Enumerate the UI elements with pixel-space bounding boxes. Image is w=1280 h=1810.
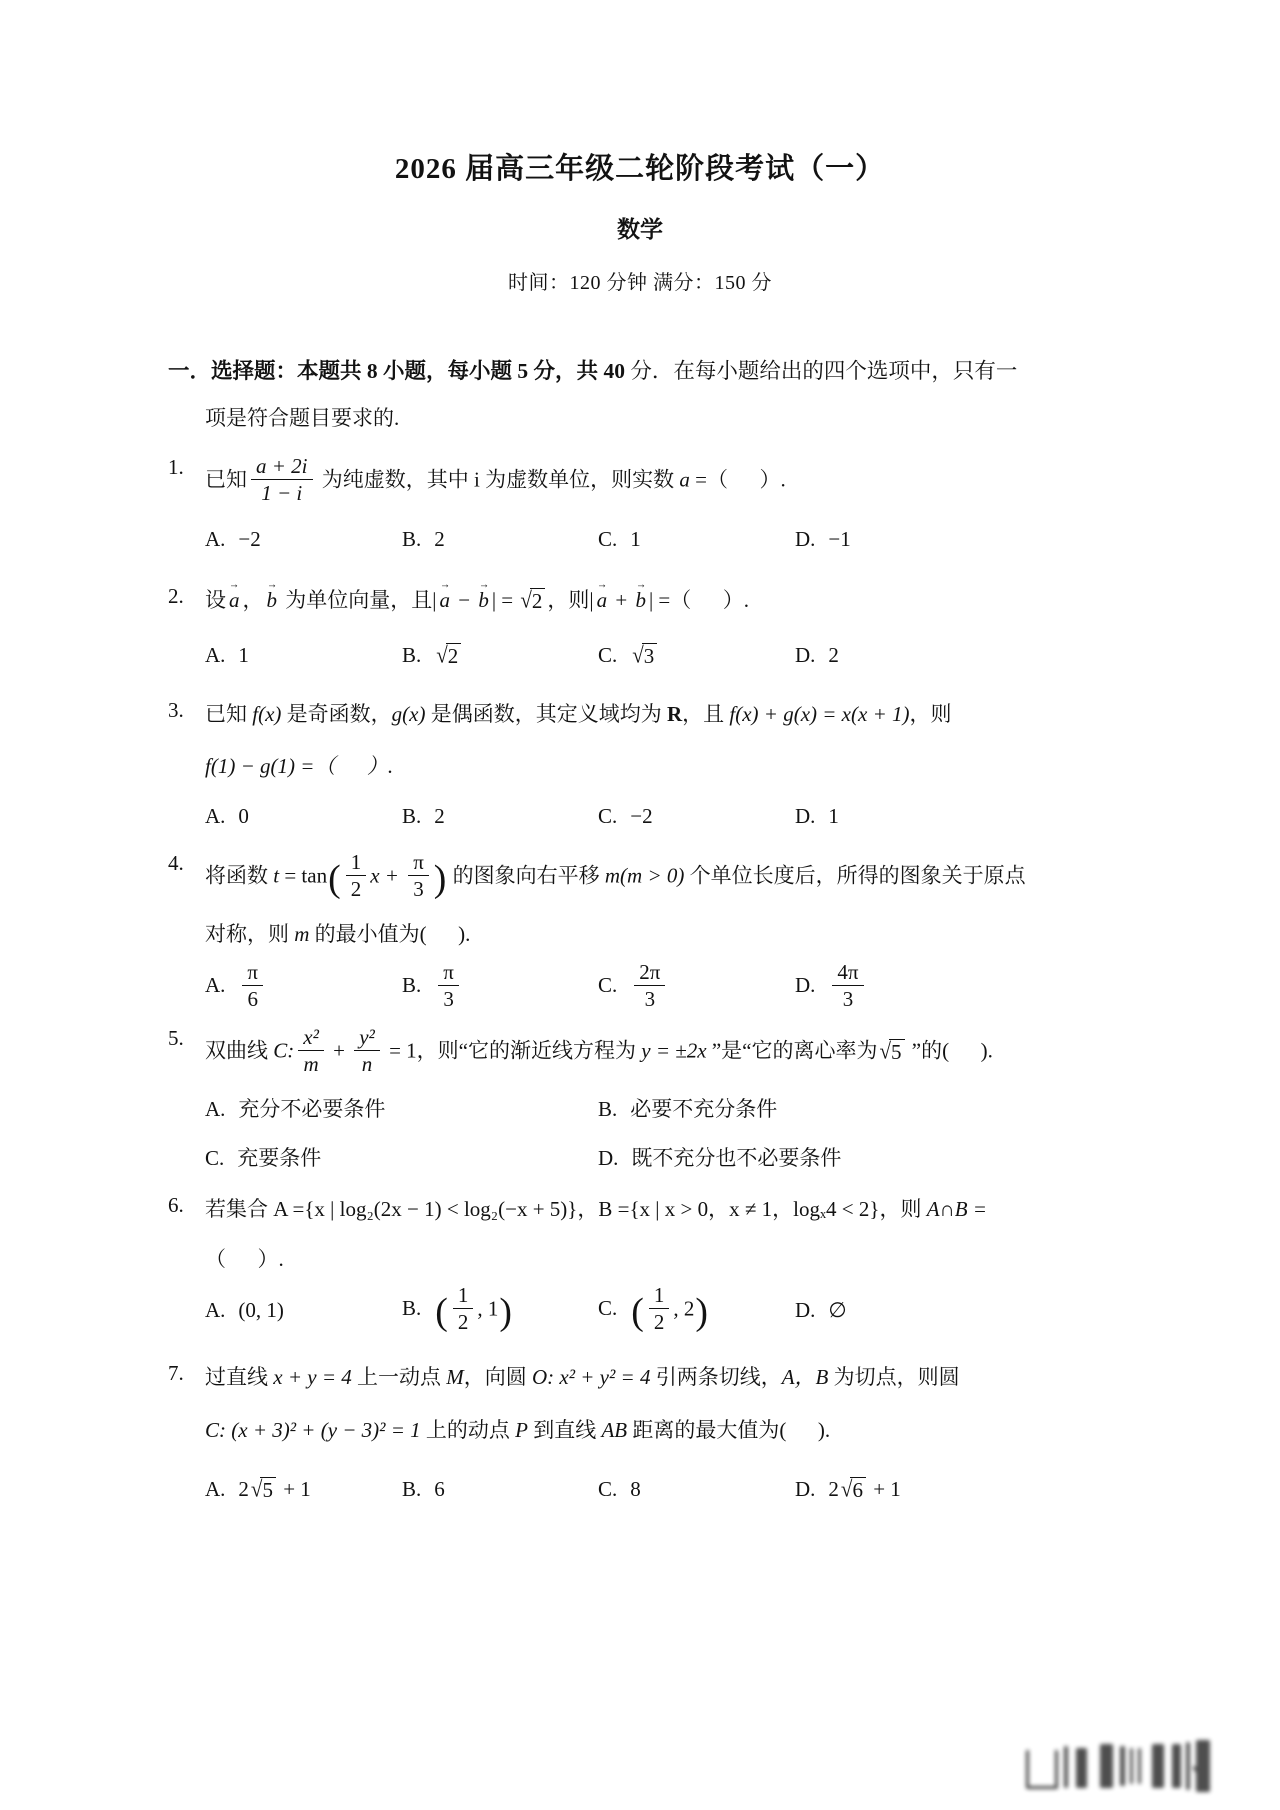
math-expr: m(m > 0) [605, 863, 685, 887]
option-value: 2 [238, 1477, 249, 1501]
option-a: A.−2 [205, 524, 402, 556]
fraction-numerator: x² [298, 1024, 324, 1051]
big-paren-close: ) [695, 1291, 708, 1333]
smudge-bar [1172, 1744, 1181, 1788]
option-a: A.2√5 + 1 [205, 1474, 402, 1506]
option-value: 1 [238, 643, 249, 667]
option-label: A. [205, 1097, 225, 1121]
option-value: 0 [238, 804, 249, 828]
option-label: D. [795, 643, 815, 667]
text: 已知 [205, 702, 252, 726]
math-expr: O: x² + y² = 4 [532, 1365, 650, 1389]
option-b: B.2 [402, 524, 598, 556]
question-7-options: A.2√5 + 1 B.6 C.8 D.2√6 + 1 [205, 1474, 1180, 1506]
heading-text-line2: 项是符合题目要求的. [205, 402, 1180, 435]
text: 将函数 [205, 863, 273, 887]
sqrt: √2 [436, 643, 461, 669]
text: = 1，则“它的渐近线方程为 [384, 1039, 641, 1063]
option-label: D. [795, 1477, 815, 1501]
fraction-denominator: 6 [242, 986, 263, 1012]
sqrt: √3 [632, 643, 657, 669]
smudge-bar [1100, 1744, 1113, 1788]
fraction-denominator: 3 [438, 986, 459, 1012]
option-label: D. [795, 527, 815, 551]
heading-text: 分，共 [528, 359, 603, 383]
question-5-options-row1: A.充分不必要条件 B.必要不充分条件 [205, 1094, 1180, 1126]
question-3-options: A.0 B.2 C.−2 D.1 [205, 801, 1180, 833]
text: 引两条切线， [650, 1365, 781, 1389]
smudge-bar [1138, 1748, 1141, 1784]
page-title: 2026 届高三年级二轮阶段考试（一） [0, 0, 1280, 187]
fraction-denominator: 2 [346, 876, 367, 902]
text: ，则 [909, 702, 951, 726]
option-d: D.2 [795, 640, 1180, 672]
option-c: C.√3 [598, 640, 795, 672]
big-paren-close: ) [434, 858, 447, 900]
math-expr: x + [370, 863, 404, 887]
option-label: D. [795, 973, 815, 997]
sqrt: √5 [880, 1039, 905, 1065]
option-b: B.π3 [402, 961, 598, 1015]
exam-content: 一． 选择题：本题共 8 小题，每小题 5 分，共 40 分．在每小题给出的四个… [168, 355, 1180, 1506]
fraction-numerator: 1 [346, 849, 367, 876]
text: 是奇函数， [281, 702, 391, 726]
question-text-line2: f(1) − g(1) =（ ）. [205, 750, 1180, 783]
sqrt-symbol: √ [520, 587, 532, 614]
vector-a: →a [439, 584, 450, 617]
smudge-bar [1130, 1748, 1133, 1784]
sqrt: √6 [841, 1477, 866, 1503]
option-value: 6 [434, 1477, 445, 1501]
question-number: 3. [168, 698, 205, 723]
question-number: 1. [168, 455, 205, 480]
math-fn: = tan [279, 863, 327, 887]
question-text: 双曲线 C:x²m + y²n = 1，则“它的渐近线方程为 y = ±2x ”… [205, 1026, 1180, 1080]
smudge-bar [1026, 1750, 1058, 1789]
option-b: B.必要不充分条件 [598, 1094, 1180, 1126]
option-c: C.2π3 [598, 961, 795, 1015]
text: | =（ ）. [649, 588, 749, 612]
option-d: D.4π3 [795, 961, 1180, 1015]
text: 个单位长度后，所得的图象关于原点 [684, 863, 1025, 887]
option-value: −1 [828, 527, 850, 551]
option-value: 1 [630, 527, 641, 551]
text: 若集合 [205, 1197, 273, 1221]
question-text-line2: （ ）. [205, 1243, 1180, 1276]
option-d: D.∅ [795, 1295, 1180, 1327]
option-value: 既不充分也不必要条件 [631, 1146, 841, 1170]
section-1-heading: 一． 选择题：本题共 8 小题，每小题 5 分，共 40 分．在每小题给出的四个… [168, 355, 1180, 388]
fraction-numerator: π [408, 849, 429, 876]
fraction: 2π3 [634, 959, 665, 1013]
big-paren-open: ( [631, 1291, 644, 1333]
text: ”的( ). [907, 1039, 993, 1063]
option-label: B. [402, 1477, 421, 1501]
option-label: D. [795, 1298, 815, 1322]
fraction-denominator: 3 [832, 986, 863, 1012]
fraction-denominator: 1 − i [251, 480, 313, 506]
option-value: −2 [630, 804, 652, 828]
fraction: 4π3 [832, 959, 863, 1013]
option-label: A. [205, 973, 225, 997]
fraction: 12 [453, 1282, 474, 1336]
smudge-bar [1120, 1746, 1125, 1786]
option-value: 2 [828, 643, 839, 667]
vector-a: →a [597, 584, 608, 617]
fraction-numerator: π [242, 959, 263, 986]
question-4: 4. 将函数 t = tan(12x + π3) 的图象向右平移 m(m > 0… [168, 851, 1180, 1015]
option-value: (0, 1) [238, 1298, 284, 1322]
option-label: A. [205, 804, 225, 828]
fraction-numerator: π [438, 959, 459, 986]
text: ”是“它的离心率为 [707, 1039, 878, 1063]
option-b: B.(12, 1) [402, 1284, 598, 1338]
math-expr: g(x) [392, 702, 426, 726]
option-label: B. [402, 973, 421, 997]
option-label: C. [598, 643, 617, 667]
text: 已知 [205, 467, 247, 491]
option-value: 8 [630, 1477, 641, 1501]
question-text: 已知 f(x) 是奇函数，g(x) 是偶函数，其定义域均为 R，且 f(x) +… [205, 698, 1180, 731]
text: ， [243, 588, 264, 612]
math-set-B: B ={x | x > 0，x ≠ 1，logₓ4 < 2}， [598, 1197, 900, 1221]
vector-arrow-icon: → [597, 575, 607, 594]
text: ，向圆 [464, 1365, 532, 1389]
option-label: D. [795, 804, 815, 828]
big-paren-open: ( [328, 858, 341, 900]
question-text: 过直线 x + y = 4 上一动点 M，向圆 O: x² + y² = 4 引… [205, 1361, 1180, 1394]
text: 设 [205, 588, 226, 612]
math-expr: C: (x + 3)² + (y − 3)² = 1 [205, 1418, 421, 1442]
option-value: 必要不充分条件 [630, 1097, 777, 1121]
math-var: m [294, 922, 309, 946]
blurred-artifact [1012, 1740, 1212, 1798]
text: 为切点，则圆 [828, 1365, 959, 1389]
vector-arrow-icon: → [478, 575, 488, 594]
option-label: B. [402, 1296, 421, 1320]
vector-arrow-icon: → [636, 575, 646, 594]
question-5-options-row2: C.充要条件 D.既不充分也不必要条件 [205, 1143, 1180, 1175]
question-text: 已知a + 2i1 − i 为纯虚数，其中 i 为虚数单位，则实数 a =（ ）… [205, 455, 1180, 509]
vector-b: →b [267, 584, 278, 617]
option-d: D.既不充分也不必要条件 [598, 1143, 1180, 1175]
operator: + [328, 1039, 350, 1063]
option-value: + 1 [278, 1477, 311, 1501]
text: 上一动点 [352, 1365, 447, 1389]
option-label: A. [205, 1477, 225, 1501]
vector-arrow-icon: → [267, 575, 277, 594]
question-text: 若集合 A ={x | log₂(2x − 1) < log₂(−x + 5)}… [205, 1193, 1180, 1226]
fraction: x²m [298, 1024, 324, 1078]
option-c: C.1 [598, 524, 795, 556]
section-number: 一． [168, 355, 211, 387]
question-6-options: A.(0, 1) B.(12, 1) C.(12, 2) D.∅ [205, 1284, 1180, 1338]
math-var: P [515, 1418, 528, 1442]
heading-points: 5 [517, 359, 528, 383]
heading-count: 8 [367, 359, 378, 383]
sqrt-symbol: √ [251, 1476, 263, 1503]
smudge-bar [1186, 1742, 1190, 1790]
option-d: D.1 [795, 801, 1180, 833]
fraction-denominator: 3 [408, 876, 429, 902]
math-var: M [446, 1365, 464, 1389]
option-c: C.(12, 2) [598, 1284, 795, 1338]
option-b: B.6 [402, 1474, 598, 1506]
heading-total: 40 [603, 359, 625, 383]
text: 双曲线 [205, 1039, 273, 1063]
fraction: π3 [438, 959, 459, 1013]
math-set-R: R [667, 702, 682, 726]
section-1-heading-line2: 项是符合题目要求的. [168, 388, 1180, 435]
option-b: B.2 [402, 801, 598, 833]
heading-text: 小题，每小题 [378, 359, 518, 383]
exam-info: 时间：120 分钟 满分：150 分 [0, 266, 1280, 295]
question-number: 6. [168, 1193, 205, 1218]
subject-title: 数学 [0, 211, 1280, 244]
fraction-numerator: 1 [649, 1282, 670, 1309]
math-set-A: A ={x | log₂(2x − 1) < log₂(−x + 5)}， [273, 1197, 598, 1221]
vector-arrow-icon: → [440, 575, 450, 594]
option-label: B. [402, 527, 421, 551]
vector-b: →b [635, 584, 646, 617]
fraction: y²n [354, 1024, 380, 1078]
option-a: A.0 [205, 801, 402, 833]
question-text: 设→a，→b 为单位向量，且|→a − →b| = √2，则|→a + →b| … [205, 584, 1180, 617]
fraction-denominator: n [354, 1051, 380, 1077]
fraction: 12 [346, 849, 367, 903]
big-paren-close: ) [499, 1291, 512, 1333]
text: 到直线 [528, 1418, 602, 1442]
math-expr: f(x) + g(x) = x(x + 1) [729, 702, 909, 726]
question-text-line2: 对称，则 m 的最小值为( ). [205, 918, 1180, 951]
option-value: , 2 [673, 1296, 694, 1320]
text: 为纯虚数，其中 i 为虚数单位，则实数 [317, 467, 680, 491]
text: 为单位向量，且 [280, 588, 432, 612]
math-var: AB [601, 1418, 627, 1442]
question-3: 3. 已知 f(x) 是奇函数，g(x) 是偶函数，其定义域均为 R，且 f(x… [168, 698, 1180, 833]
vector-arrow-icon: → [229, 575, 239, 594]
option-value: , 1 [477, 1296, 498, 1320]
option-label: B. [402, 643, 421, 667]
option-label: C. [598, 527, 617, 551]
fraction-numerator: y² [354, 1024, 380, 1051]
smudge-bar [1152, 1744, 1164, 1788]
text: ，则 [547, 588, 589, 612]
fraction: π3 [408, 849, 429, 903]
sqrt: √5 [251, 1477, 276, 1503]
math-expr: x + y = 4 [273, 1365, 351, 1389]
option-value: 2 [434, 527, 445, 551]
text: 对称，则 [205, 922, 294, 946]
option-label: D. [598, 1146, 618, 1170]
math-var: C: [273, 1039, 294, 1063]
question-text-line2: C: (x + 3)² + (y − 3)² = 1 上的动点 P 到直线 AB… [205, 1414, 1180, 1447]
option-label: C. [598, 973, 617, 997]
question-4-options: A.π6 B.π3 C.2π3 D.4π3 [205, 961, 1180, 1015]
operator: − [453, 588, 475, 612]
question-1: 1. 已知a + 2i1 − i 为纯虚数，其中 i 为虚数单位，则实数 a =… [168, 455, 1180, 556]
abs-bar: | [432, 588, 436, 612]
fraction-numerator: 4π [832, 959, 863, 986]
text: 的图象向右平移 [447, 863, 605, 887]
text: 则 [900, 1197, 926, 1221]
fraction-numerator: 1 [453, 1282, 474, 1309]
option-label: C. [598, 1477, 617, 1501]
math-expr: f(x) [252, 702, 281, 726]
option-value: 2 [828, 1477, 839, 1501]
option-value: + 1 [868, 1477, 901, 1501]
fraction-numerator: a + 2i [251, 453, 313, 480]
option-label: C. [205, 1146, 224, 1170]
option-value: −2 [238, 527, 260, 551]
option-value: 充分不必要条件 [238, 1097, 385, 1121]
option-c: C.充要条件 [205, 1143, 598, 1175]
question-number: 2. [168, 584, 205, 609]
sqrt-symbol: √ [632, 642, 644, 669]
text: 的最小值为( ). [309, 922, 470, 946]
big-paren-open: ( [435, 1291, 448, 1333]
option-c: C.−2 [598, 801, 795, 833]
question-1-options: A.−2 B.2 C.1 D.−1 [205, 524, 1180, 556]
question-number: 4. [168, 851, 205, 876]
option-d: D.2√6 + 1 [795, 1474, 1180, 1506]
sqrt-symbol: √ [841, 1476, 853, 1503]
text: 上的动点 [421, 1418, 516, 1442]
option-label: A. [205, 1298, 225, 1322]
sqrt-symbol: √ [880, 1038, 892, 1065]
text: 过直线 [205, 1365, 273, 1389]
text: =（ ）. [690, 467, 786, 491]
heading-text: 分．在每小题给出的四个选项中，只有一 [625, 359, 1017, 383]
section-heading-text: 选择题：本题共 8 小题，每小题 5 分，共 40 分．在每小题给出的四个选项中… [211, 355, 1180, 388]
option-label: C. [598, 1296, 617, 1320]
sqrt-symbol: √ [436, 642, 448, 669]
math-expr: A，B [782, 1365, 829, 1389]
math-expr: y = ±2x [641, 1039, 706, 1063]
option-label: A. [205, 527, 225, 551]
fraction: 12 [649, 1282, 670, 1336]
option-value: 2 [434, 804, 445, 828]
question-5: 5. 双曲线 C:x²m + y²n = 1，则“它的渐近线方程为 y = ±2… [168, 1026, 1180, 1175]
question-7: 7. 过直线 x + y = 4 上一动点 M，向圆 O: x² + y² = … [168, 1361, 1180, 1506]
vector-b: →b [478, 584, 489, 617]
question-6: 6. 若集合 A ={x | log₂(2x − 1) < log₂(−x + … [168, 1193, 1180, 1338]
smudge-bar [1064, 1746, 1068, 1788]
question-number: 7. [168, 1361, 205, 1386]
option-label: A. [205, 643, 225, 667]
fraction-numerator: 2π [634, 959, 665, 986]
fraction: a + 2i1 − i [251, 453, 313, 507]
heading-text: 选择题：本题共 [211, 359, 367, 383]
option-a: A.π6 [205, 961, 402, 1015]
option-a: A.充分不必要条件 [205, 1094, 598, 1126]
question-text: 将函数 t = tan(12x + π3) 的图象向右平移 m(m > 0) 个… [205, 851, 1180, 905]
option-value: 充要条件 [237, 1146, 321, 1170]
text: 距离的最大值为( ). [627, 1418, 830, 1442]
math-var: a [679, 467, 690, 491]
option-b: B.√2 [402, 640, 598, 672]
vector-a: →a [229, 584, 240, 617]
question-2-options: A.1 B.√2 C.√3 D.2 [205, 640, 1180, 672]
question-2: 2. 设→a，→b 为单位向量，且|→a − →b| = √2，则|→a + →… [168, 584, 1180, 672]
option-a: A.1 [205, 640, 402, 672]
operator: + [610, 588, 632, 612]
option-value: ∅ [828, 1298, 846, 1322]
abs-bar: | [589, 588, 593, 612]
fraction-denominator: m [298, 1051, 324, 1077]
option-a: A.(0, 1) [205, 1295, 402, 1327]
fraction-denominator: 2 [453, 1309, 474, 1335]
option-label: C. [598, 804, 617, 828]
question-number: 5. [168, 1026, 205, 1051]
fraction-denominator: 2 [649, 1309, 670, 1335]
sqrt: √2 [520, 588, 545, 614]
smudge-bar [1076, 1748, 1087, 1788]
exam-page: 2026 届高三年级二轮阶段考试（一） 数学 时间：120 分钟 满分：150 … [0, 0, 1280, 1506]
math-expr: A∩B = [927, 1197, 987, 1221]
fraction: π6 [242, 959, 263, 1013]
option-label: B. [402, 804, 421, 828]
option-d: D.−1 [795, 524, 1180, 556]
text: ，且 [682, 702, 729, 726]
fraction-denominator: 3 [634, 986, 665, 1012]
option-label: B. [598, 1097, 617, 1121]
option-value: 1 [828, 804, 839, 828]
option-c: C.8 [598, 1474, 795, 1506]
text: 是偶函数，其定义域均为 [425, 702, 667, 726]
abs-bar: | = [492, 588, 519, 612]
